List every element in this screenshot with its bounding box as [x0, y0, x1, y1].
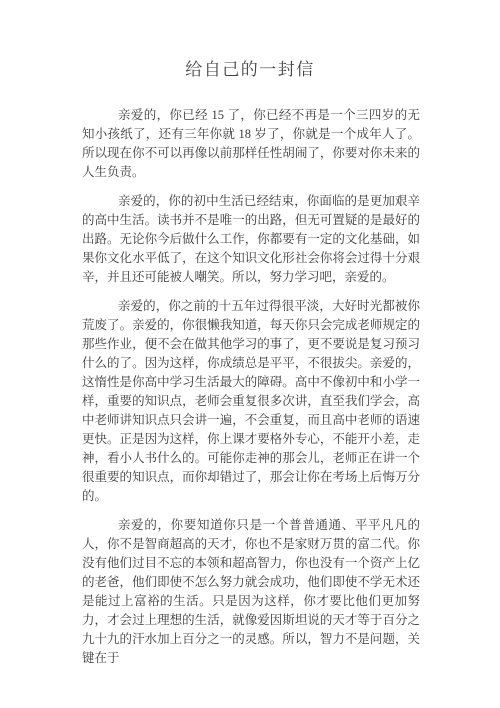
paragraph-4: 亲爱的，你要知道你只是一个普普通通、平平凡凡的人，你不是智商超高的天才，你也不是…	[82, 516, 420, 668]
paragraph-2: 亲爱的，你的初中生活已经结束，你面临的是更加艰辛的高中生活。读书并不是唯一的出路…	[82, 192, 420, 287]
document-title: 给自己的一封信	[0, 0, 500, 80]
letter-body: 亲爱的，你已经 15 了，你已经不再是一个三四岁的无知小孩纸了，还有三年你就 1…	[82, 106, 420, 668]
document-page: 给自己的一封信 亲爱的，你已经 15 了，你已经不再是一个三四岁的无知小孩纸了，…	[0, 0, 500, 708]
paragraph-1: 亲爱的，你已经 15 了，你已经不再是一个三四岁的无知小孩纸了，还有三年你就 1…	[82, 106, 420, 182]
paragraph-3: 亲爱的，你之前的十五年过得很平淡，大好时光都被你荒废了。亲爱的，你很懒我知道，每…	[82, 297, 420, 506]
